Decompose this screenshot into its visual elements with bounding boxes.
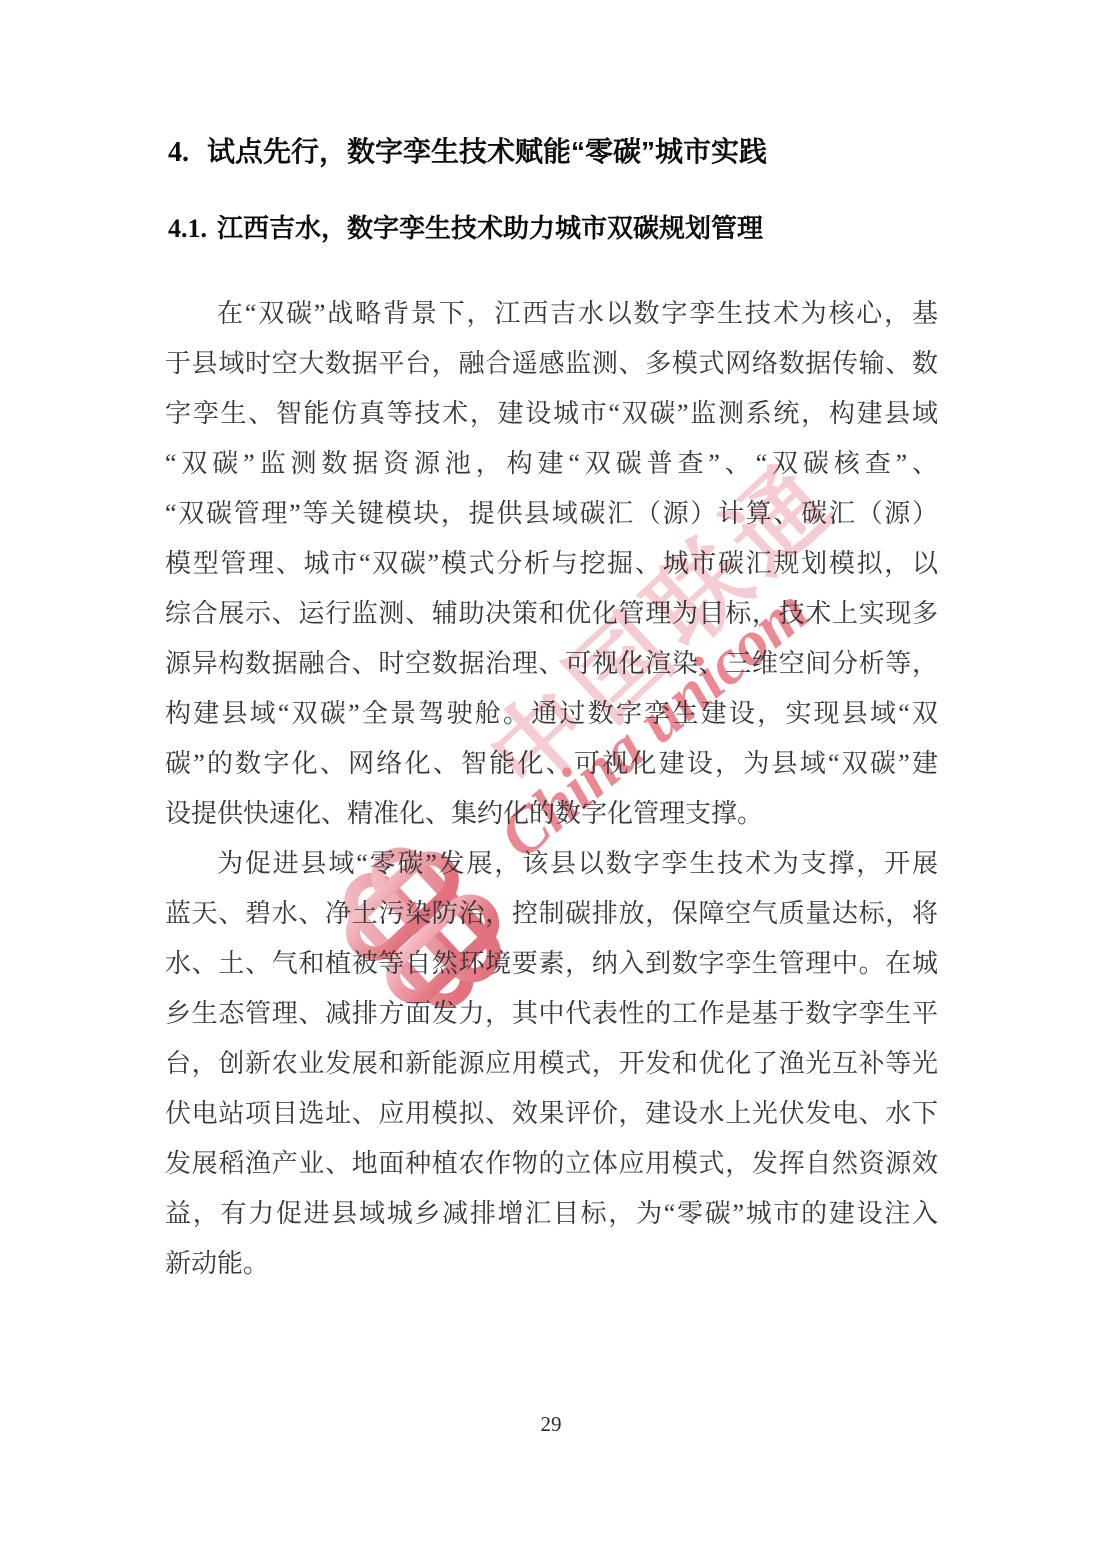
text-line: 字孪生、智能仿真等技术，建设城市“双碳”监测系统，构建县域 [165, 389, 938, 439]
paragraph: 在“双碳”战略背景下，江西吉水以数字孪生技术为核心，基 于县域时空大数据平台，融… [165, 289, 938, 839]
text-line: 于县域时空大数据平台，融合遥感监测、多模式网络数据传输、数 [165, 339, 938, 389]
text-line: “双碳管理”等关键模块，提供县域碳汇（源）计算、碳汇（源） [165, 489, 938, 539]
subsection-heading-number: 4.1. [168, 212, 207, 246]
text-line: 碳”的数字化、网络化、智能化、可视化建设，为县域“双碳”建 [165, 739, 938, 789]
document-page: 4. 试点先行，数字孪生技术赋能“零碳”城市实践 4.1. 江西吉水，数字孪生技… [165, 0, 938, 1289]
text-line: 益，有力促进县域城乡减排增汇目标，为“零碳”城市的建设注入 [165, 1189, 938, 1239]
section-heading-title: 试点先行，数字孪生技术赋能“零碳”城市实践 [207, 134, 767, 170]
paragraph: 为促进县域“零碳”发展，该县以数字孪生技术为支撑，开展 蓝天、碧水、净土污染防治… [165, 839, 938, 1289]
text-line: 水、土、气和植被等自然环境要素，纳入到数字孪生管理中。在城 [165, 939, 938, 989]
subsection-heading-title: 江西吉水，数字孪生技术助力城市双碳规划管理 [217, 211, 763, 245]
text-line: 发展稻渔产业、地面种植农作物的立体应用模式，发挥自然资源效 [165, 1139, 938, 1189]
text-line: 源异构数据融合、时空数据治理、可视化渲染、三维空间分析等， [165, 639, 938, 689]
text-line: “双碳”监测数据资源池，构建“双碳普查”、“双碳核查”、 [165, 439, 938, 489]
text-line: 在“双碳”战略背景下，江西吉水以数字孪生技术为核心，基 [165, 289, 938, 339]
section-heading: 4. 试点先行，数字孪生技术赋能“零碳”城市实践 [168, 134, 938, 171]
text-line: 台，创新农业发展和新能源应用模式，开发和优化了渔光互补等光 [165, 1039, 938, 1089]
section-heading-number: 4. [168, 135, 189, 171]
text-line: 综合展示、运行监测、辅助决策和优化管理为目标，技术上实现多 [165, 589, 938, 639]
text-line: 新动能。 [165, 1239, 938, 1289]
subsection-heading: 4.1. 江西吉水，数字孪生技术助力城市双碳规划管理 [168, 211, 938, 246]
text-line: 设提供快速化、精准化、集约化的数字化管理支撑。 [165, 789, 938, 839]
page-number: 29 [0, 1412, 1102, 1437]
text-line: 伏电站项目选址、应用模拟、效果评价，建设水上光伏发电、水下 [165, 1089, 938, 1139]
text-line: 蓝天、碧水、净土污染防治，控制碳排放，保障空气质量达标，将 [165, 889, 938, 939]
text-line: 为促进县域“零碳”发展，该县以数字孪生技术为支撑，开展 [165, 839, 938, 889]
text-line: 构建县域“双碳”全景驾驶舱。通过数字孪生建设，实现县域“双 [165, 689, 938, 739]
text-line: 乡生态管理、减排方面发力，其中代表性的工作是基于数字孪生平 [165, 989, 938, 1039]
text-line: 模型管理、城市“双碳”模式分析与挖掘、城市碳汇规划模拟，以 [165, 539, 938, 589]
